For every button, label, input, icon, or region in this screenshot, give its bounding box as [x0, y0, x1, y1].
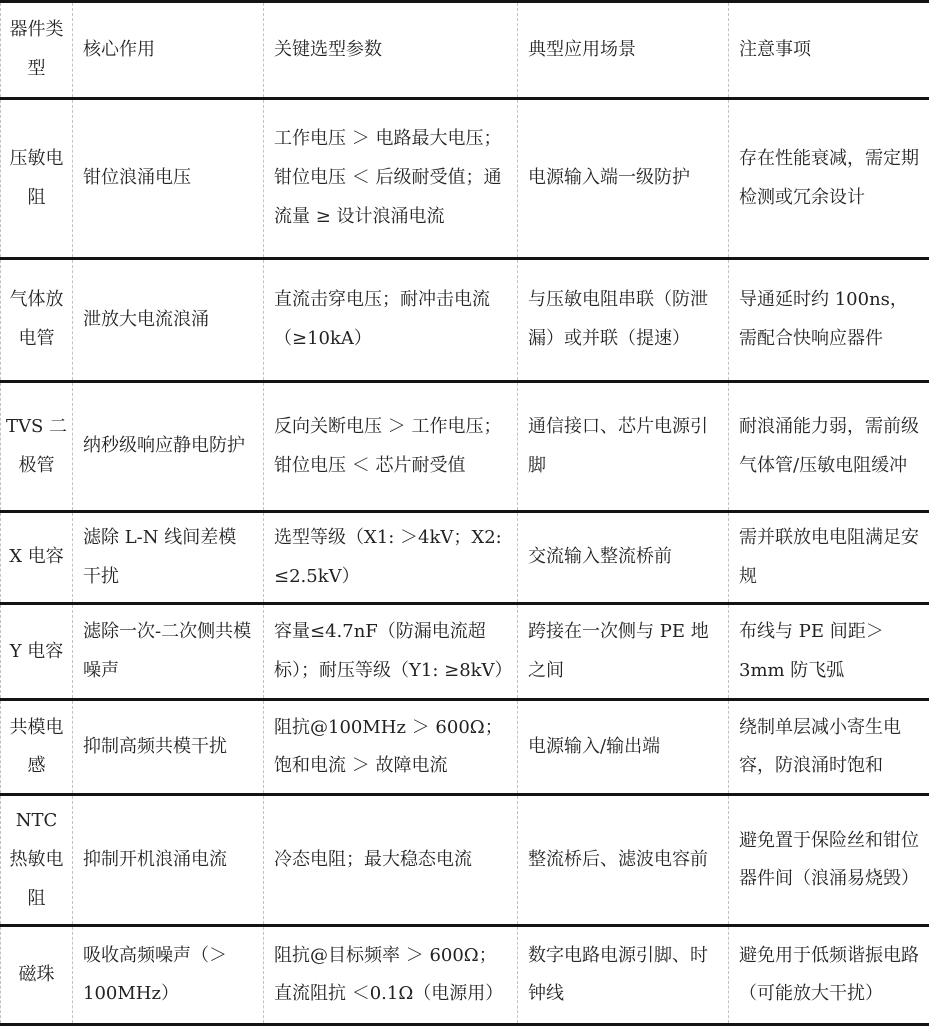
table-row: 磁珠 吸收高频噪声（＞100MHz） 阻抗@目标频率 ＞ 600Ω；直流阻抗 ＜…	[1, 926, 929, 1025]
document-page: 器件类型 核心作用 关键选型参数 典型应用场景 注意事项 压敏电阻 钳位浪涌电压…	[0, 0, 929, 1012]
key-params-cell: 阻抗@100MHz ＞ 600Ω；饱和电流 ＞ 故障电流	[264, 700, 518, 795]
table-row: TVS 二极管 纳秒级响应静电防护 反向关断电压 ＞ 工作电压；钳位电压 ＜ 芯…	[1, 382, 929, 512]
typical-scenario-cell: 数字电路电源引脚、时钟线	[518, 926, 729, 1025]
component-type-cell: 气体放电管	[1, 259, 73, 382]
header-core-function: 核心作用	[73, 2, 264, 99]
typical-scenario-cell: 交流输入整流桥前	[518, 512, 729, 604]
header-component-type: 器件类型	[1, 2, 73, 99]
component-type-cell: Y 电容	[1, 604, 73, 700]
typical-scenario-cell: 电源输入/输出端	[518, 700, 729, 795]
table-row: 共模电感 抑制高频共模干扰 阻抗@100MHz ＞ 600Ω；饱和电流 ＞ 故障…	[1, 700, 929, 795]
core-function-cell: 泄放大电流浪涌	[73, 259, 264, 382]
key-params-cell: 反向关断电压 ＞ 工作电压；钳位电压 ＜ 芯片耐受值	[264, 382, 518, 512]
table-row: NTC 热敏电阻 抑制开机浪涌电流 冷态电阻；最大稳态电流 整流桥后、滤波电容前…	[1, 795, 929, 926]
component-selection-table: 器件类型 核心作用 关键选型参数 典型应用场景 注意事项 压敏电阻 钳位浪涌电压…	[0, 0, 929, 1026]
key-params-cell: 工作电压 ＞ 电路最大电压；钳位电压 ＜ 后级耐受值；通流量 ≥ 设计浪涌电流	[264, 99, 518, 259]
key-params-cell: 容量≤4.7nF（防漏电流超标）；耐压等级（Y1: ≥8kV）	[264, 604, 518, 700]
component-type-cell: 磁珠	[1, 926, 73, 1025]
key-params-cell: 直流击穿电压；耐冲击电流（≥10kA）	[264, 259, 518, 382]
notes-cell: 导通延时约 100ns，需配合快响应器件	[729, 259, 929, 382]
component-type-cell: X 电容	[1, 512, 73, 604]
component-type-cell: NTC 热敏电阻	[1, 795, 73, 926]
notes-cell: 避免用于低频谐振电路（可能放大干扰）	[729, 926, 929, 1025]
notes-cell: 存在性能衰减，需定期检测或冗余设计	[729, 99, 929, 259]
table-row: Y 电容 滤除一次-二次侧共模噪声 容量≤4.7nF（防漏电流超标）；耐压等级（…	[1, 604, 929, 700]
core-function-cell: 钳位浪涌电压	[73, 99, 264, 259]
header-row: 器件类型 核心作用 关键选型参数 典型应用场景 注意事项	[1, 2, 929, 99]
key-params-cell: 选型等级（X1: ＞4kV；X2: ≤2.5kV）	[264, 512, 518, 604]
core-function-cell: 抑制高频共模干扰	[73, 700, 264, 795]
key-params-cell: 冷态电阻；最大稳态电流	[264, 795, 518, 926]
component-type-cell: 共模电感	[1, 700, 73, 795]
notes-cell: 布线与 PE 间距＞3mm 防飞弧	[729, 604, 929, 700]
notes-cell: 绕制单层减小寄生电容，防浪涌时饱和	[729, 700, 929, 795]
header-typical-scenario: 典型应用场景	[518, 2, 729, 99]
typical-scenario-cell: 与压敏电阻串联（防泄漏）或并联（提速）	[518, 259, 729, 382]
table-row: 压敏电阻 钳位浪涌电压 工作电压 ＞ 电路最大电压；钳位电压 ＜ 后级耐受值；通…	[1, 99, 929, 259]
core-function-cell: 纳秒级响应静电防护	[73, 382, 264, 512]
core-function-cell: 滤除一次-二次侧共模噪声	[73, 604, 264, 700]
core-function-cell: 抑制开机浪涌电流	[73, 795, 264, 926]
header-notes: 注意事项	[729, 2, 929, 99]
core-function-cell: 滤除 L-N 线间差模干扰	[73, 512, 264, 604]
header-key-params: 关键选型参数	[264, 2, 518, 99]
notes-cell: 避免置于保险丝和钳位器件间（浪涌易烧毁）	[729, 795, 929, 926]
table-row: X 电容 滤除 L-N 线间差模干扰 选型等级（X1: ＞4kV；X2: ≤2.…	[1, 512, 929, 604]
component-type-cell: 压敏电阻	[1, 99, 73, 259]
key-params-cell: 阻抗@目标频率 ＞ 600Ω；直流阻抗 ＜0.1Ω（电源用）	[264, 926, 518, 1025]
typical-scenario-cell: 整流桥后、滤波电容前	[518, 795, 729, 926]
typical-scenario-cell: 通信接口、芯片电源引脚	[518, 382, 729, 512]
component-type-cell: TVS 二极管	[1, 382, 73, 512]
notes-cell: 需并联放电电阻满足安规	[729, 512, 929, 604]
notes-cell: 耐浪涌能力弱，需前级气体管/压敏电阻缓冲	[729, 382, 929, 512]
typical-scenario-cell: 电源输入端一级防护	[518, 99, 729, 259]
core-function-cell: 吸收高频噪声（＞100MHz）	[73, 926, 264, 1025]
table-row: 气体放电管 泄放大电流浪涌 直流击穿电压；耐冲击电流（≥10kA） 与压敏电阻串…	[1, 259, 929, 382]
typical-scenario-cell: 跨接在一次侧与 PE 地之间	[518, 604, 729, 700]
